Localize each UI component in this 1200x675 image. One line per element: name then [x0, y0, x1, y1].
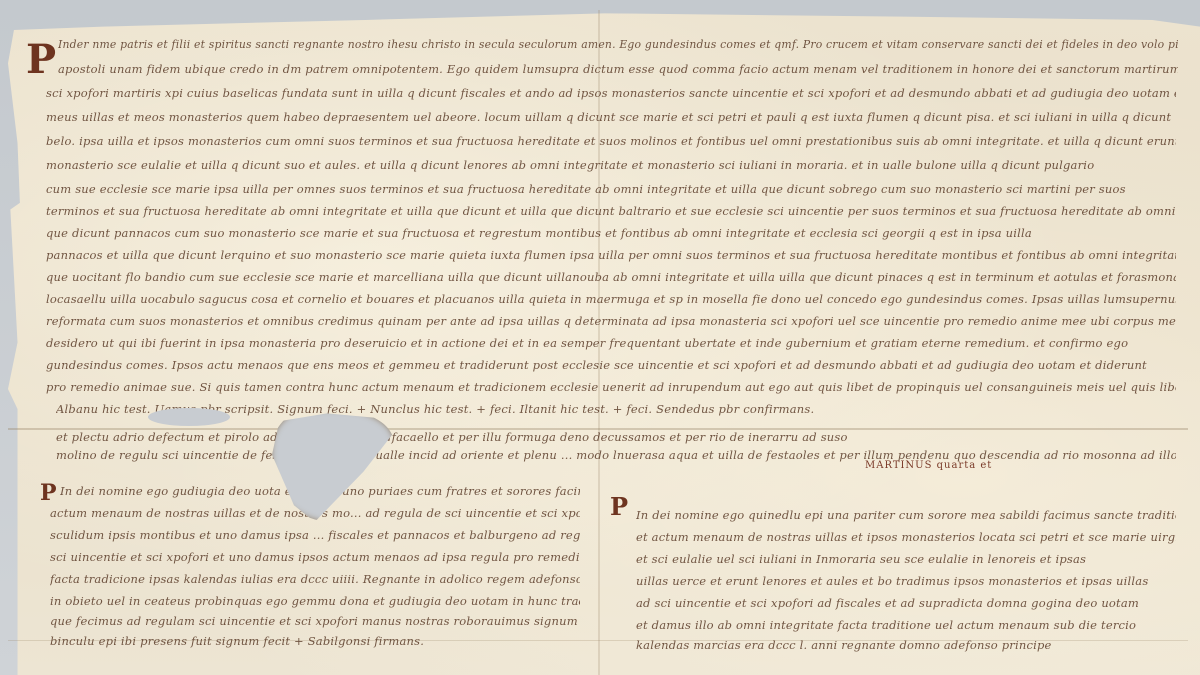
chrismon-initial-lower-left: P: [40, 480, 57, 506]
charter-line: sci xpofori martiris xpi cuius baselicas…: [46, 86, 1176, 100]
charter-line: Inder nme patris et filii et spiritus sa…: [58, 38, 1178, 51]
parchment-hole-small: [148, 408, 230, 426]
charter-line: apostoli unam fidem ubique credo in dm p…: [58, 62, 1178, 76]
chrismon-initial-lower-right: P: [610, 492, 628, 521]
charter-line: monasterio sce eulalie et uilla q dicunt…: [46, 158, 1176, 172]
charter-line: terminos et sua fructuosa hereditate ab …: [46, 204, 1176, 218]
charter-line: pannacos et uilla que dicunt lerquino et…: [46, 248, 1176, 262]
charter-line: et sci eulalie uel sci iuliani in Inmora…: [636, 552, 1176, 566]
charter-line: que fecimus ad regulam sci uincentie et …: [50, 614, 580, 628]
charter-line: ad sci uincentie et sci xpofori ad fisca…: [636, 596, 1176, 610]
charter-line: locasaellu uilla uocabulo sagucus cosa e…: [46, 292, 1176, 306]
chrismon-initial-upper: P: [26, 36, 56, 83]
charter-line: in obieto uel in ceateus probinquas ego …: [50, 594, 580, 608]
rubric-martinus: MARTINUS quarta et: [865, 460, 992, 471]
charter-line: pro remedio animae sue. Si quis tamen co…: [46, 380, 1176, 394]
charter-line: que uocitant flo bandio cum sue ecclesie…: [46, 270, 1176, 284]
charter-line: In dei nomine ego quinedlu epi una parit…: [636, 508, 1176, 522]
charter-line: kalendas marcias era dccc l. anni regnan…: [636, 638, 1176, 652]
charter-line: que dicunt pannacos cum suo monasterio s…: [46, 226, 1176, 240]
charter-line: belo. ipsa uilla et ipsos monasterios cu…: [46, 134, 1176, 148]
band-line: molino de regulu sci uincentie de festao…: [56, 448, 1176, 462]
charter-line: sci uincentie et sci xpofori et uno damu…: [50, 550, 580, 564]
charter-line: meus uillas et meos monasterios quem hab…: [46, 110, 1176, 124]
charter-line: et actum menaum de nostras uillas et ips…: [636, 530, 1176, 544]
charter-line: gundesindus comes. Ipsos actu menaos que…: [46, 358, 1176, 372]
charter-line: binculu epi ibi presens fuit signum feci…: [50, 634, 580, 648]
charter-line: desidero ut qui ibi fuerint in ipsa mona…: [46, 336, 1176, 350]
band-line: et plectu adrio defectum et pirolo ad ..…: [56, 430, 1176, 444]
charter-line: et damus illo ab omni integritate facta …: [636, 618, 1176, 632]
charter-line: cum sue ecclesie sce marie ipsa uilla pe…: [46, 182, 1176, 196]
charter-line: reformata cum suos monasterios et omnibu…: [46, 314, 1176, 328]
charter-line: uillas uerce et erunt lenores et aules e…: [636, 574, 1176, 588]
charter-line: sculidum ipsis montibus et uno damus ips…: [50, 528, 580, 542]
charter-line: facta tradicione ipsas kalendas iulias e…: [50, 572, 580, 586]
